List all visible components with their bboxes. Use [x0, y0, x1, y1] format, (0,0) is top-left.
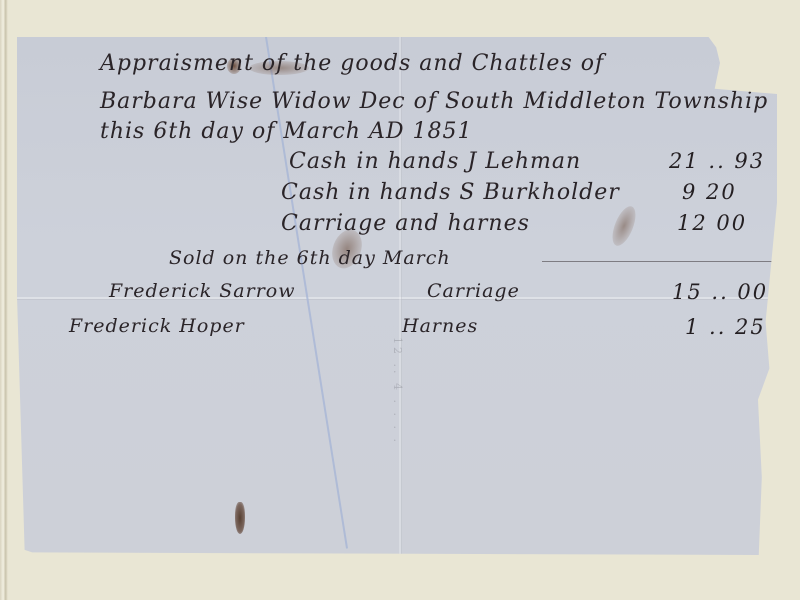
heading-line-2: Barbara Wise Widow Dec of South Middleto… [100, 89, 768, 114]
heading-line-1: Appraisment of the goods and Chattles of [100, 51, 604, 76]
sale-buyer: Frederick Sarrow [109, 280, 295, 302]
bleed-through-text: 12 .. 4 . . . . [390, 337, 404, 537]
document-sheet: 12 .. 4 . . . . Appraisment of the goods… [17, 37, 777, 555]
ink-smudge [608, 203, 640, 249]
mount-edge [0, 0, 8, 600]
sale-amount: 1 .. 25 [685, 315, 766, 339]
ink-blot [235, 502, 245, 534]
appraisal-item-description: Cash in hands J Lehman [289, 149, 581, 174]
appraisal-item-description: Carriage and harnes [281, 211, 530, 236]
sale-heading-rule [542, 261, 772, 262]
appraisal-item-description: Cash in hands S Burkholder [281, 180, 620, 205]
sale-item: Carriage [427, 280, 520, 302]
heading-line-3: this 6th day of March AD 1851 [100, 119, 472, 144]
sale-heading: Sold on the 6th day March [169, 247, 451, 269]
sale-item: Harnes [402, 315, 478, 337]
sale-buyer: Frederick Hoper [69, 315, 245, 337]
appraisal-item-amount: 12 00 [677, 211, 747, 235]
sale-amount: 15 .. 00 [672, 280, 768, 304]
appraisal-item-amount: 21 .. 93 [669, 149, 765, 173]
appraisal-item-amount: 9 20 [682, 180, 737, 204]
